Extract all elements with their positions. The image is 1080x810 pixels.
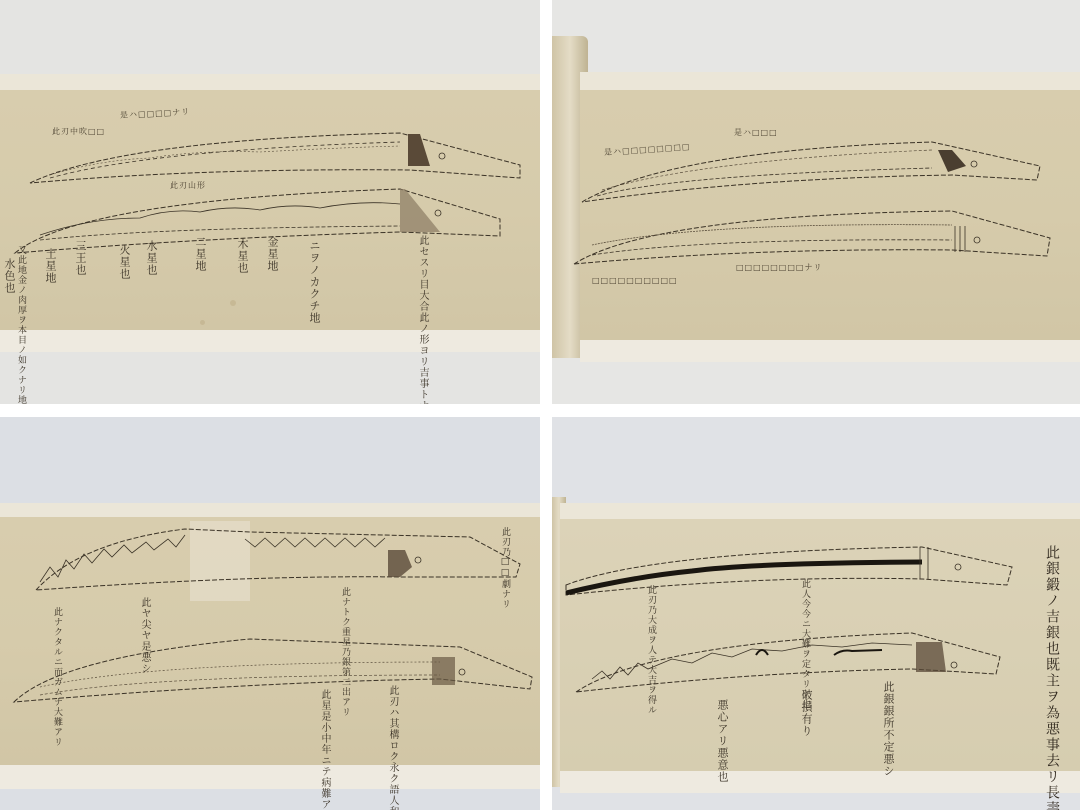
title-inscription: 此銀鍛ノ吉銀也既主ヲ為悪事去リ長壽ニテ子孫五代三ヶ悦ヲ納大吉也 (1020, 545, 1060, 755)
label-jupiter: 木星也 (236, 238, 249, 274)
sword-drawings (0, 0, 540, 404)
label-daikichi: 此刃乃大成ヲ人テ大吉ヲ得ル (646, 585, 656, 637)
label-water-color: 水色也 (3, 258, 16, 294)
lower-blade-tip-note: □□□□□□□□□□ (592, 276, 678, 285)
sword-drawings (552, 417, 1080, 810)
upper-blade-tip-note: 此刃中吹□□ (52, 126, 105, 137)
label-venus: 金星地 (266, 236, 279, 272)
label-jigane-note: 又此地金ノ肉厚ヲ本目ノ如クナリ地金 (16, 245, 26, 325)
upper-blade-label: 是ハ□□□ (734, 127, 778, 138)
sword-drawings (552, 0, 1080, 404)
label-sanou: 三王也 (74, 240, 87, 276)
label-great-misfortune: 此ナクタルニ而ガムナ大難アリ (52, 607, 62, 661)
label-two-star: 二星地 (194, 236, 207, 272)
photo-bottom-left: 此ナクタルニ而ガムナ大難アリ 此ヤ尖ヤ是悪シ 此ナトク重星乃銀第二出アリ 此刃乃… (0, 417, 540, 810)
label-mars: 火星也 (118, 244, 131, 280)
label-nioi: ニヲノカクチ地 (308, 240, 321, 324)
sword-drawings (0, 417, 540, 810)
label-ill-intent: 悪心アリ悪意也 (716, 699, 729, 763)
label-good-fortune: 此セスリ目大合此ノ形ヨリ吉事トナル (416, 235, 428, 327)
photo-top-right: 是ハ□□□ 是ハ□□□□□□□□ □□□□□□□□ナリ □□□□□□□□□□ (552, 0, 1080, 404)
label-great-trouble: 此人今今ニ大難ヲ定タリケ也 (800, 579, 810, 635)
label-edge-note: 此刃乃□□劇ナリ (500, 527, 510, 587)
label-damage: 破損有り (800, 689, 813, 739)
label-mercury: 水星也 (145, 240, 158, 276)
label-harmony: 此刃ハ其構ロク永ク語人和合致也 (386, 685, 398, 759)
photo-bottom-right: 此銀鍛ノ吉銀也既主ヲ為悪事去リ長壽ニテ子孫五代三ヶ悦ヲ納大吉也 此刃乃大成ヲ人テ… (552, 417, 1080, 810)
photo-top-left: 是ハ□□□□ナリ 此刃中吹□□ 此刃山形 水色也 又此地金ノ肉厚ヲ本目ノ如クナリ… (0, 0, 540, 404)
label-saturn: 土星地 (44, 248, 57, 284)
lower-blade-label: □□□□□□□□ナリ (736, 262, 822, 273)
label-illness: 此星是小中年ニテ病難アリ憂有リ (318, 689, 330, 773)
label-heavy-star: 此ナトク重星乃銀第二出アリ (340, 587, 350, 637)
label-unsettled: 此銀銀所不定悪シ (882, 681, 895, 755)
lower-blade-label: 此刃山形 (170, 180, 206, 191)
label-bad-tip: 此ヤ尖ヤ是悪シ (138, 597, 151, 641)
